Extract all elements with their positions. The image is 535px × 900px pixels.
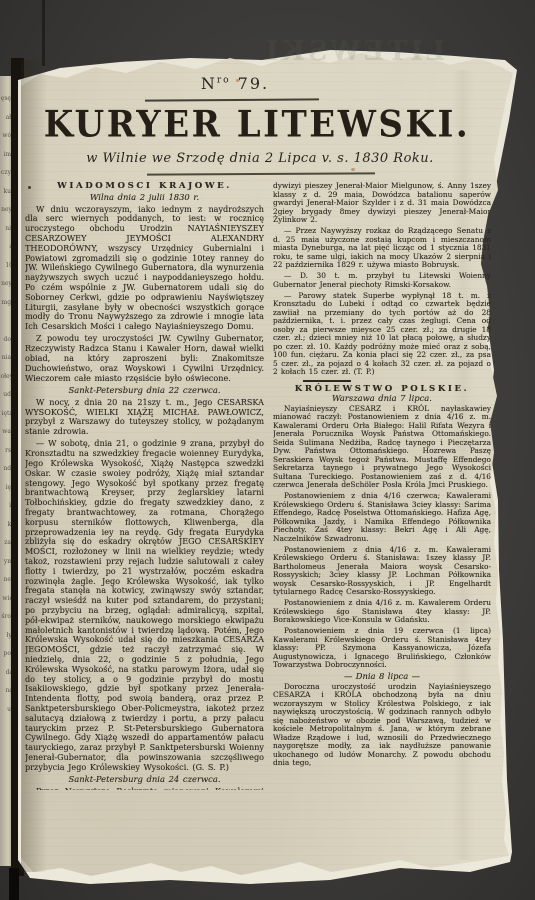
- article-dateline-petersburg-22: Sankt-Petersburg dnia 22 czerwca.: [25, 386, 264, 396]
- foxing-speck: [351, 168, 355, 171]
- article-paragraph-continuation: dywizyi pieszey Jenerał-Maior Mielgunow,…: [273, 182, 491, 225]
- section-divider-rule: [303, 380, 351, 382]
- left-column: WIADOMOŚCI KRAJOWE. Wilna dnia 2 julii 1…: [25, 182, 264, 790]
- masthead-title: KURYER LITEWSKI.: [28, 104, 486, 146]
- scanned-newspaper-view: { "page": { "issue_label_prefix": "N", "…: [0, 0, 535, 900]
- article-paragraph: Doroczna uroczystość urodzin Nayiaśnieys…: [273, 683, 491, 768]
- article-subhead-dnia-8-lipca: — Dnia 8 lipca —: [273, 672, 491, 681]
- foxing-speck: [236, 79, 239, 82]
- article-paragraph: — Parowy statek Superbe wypłynął 18 t. m…: [273, 292, 491, 377]
- masthead-dateline: w Wilnie we Srzodę dnia 2 Lipca v. s. 18…: [70, 151, 450, 166]
- issue-prefix: N: [201, 74, 217, 93]
- article-paragraph: Przez Naywyższe Reskrypta mianowani Kawa…: [25, 787, 264, 790]
- article-paragraph: — D. 30 t. m. przybył tu Litewski Woienn…: [273, 272, 491, 289]
- issue-number: Nro 79.: [150, 74, 320, 93]
- article-paragraph: W dniu wczorayszym, iako iednym z naydro…: [25, 205, 264, 332]
- article-paragraph: Postanowieniem z dnia 19 czerwca (1 lipc…: [273, 627, 491, 670]
- article-paragraph: Nayiaśnieyszy CESARZ i KRÓL nayłaskawiey…: [273, 405, 491, 490]
- article-paragraph: Z powodu tey uroczystości JW. Cywilny Gu…: [25, 334, 264, 383]
- bleedthrough-masthead: LITEWSKI: [232, 36, 476, 74]
- article-paragraph: — Przez Naywyższy rozkaz do Rządzącego S…: [273, 227, 491, 270]
- section-heading-wiadomosci-krajowe: WIADOMOŚCI KRAJOWE.: [25, 182, 264, 192]
- issue-superscript: ro: [217, 76, 231, 86]
- right-column: dywizyi pieszey Jenerał-Maior Mielgunow,…: [273, 182, 491, 783]
- binding-bottom-fragment: [9, 868, 19, 900]
- article-paragraph: Postanowieniem z dnia 4/16 z. m. Kawaler…: [273, 599, 491, 625]
- article-dateline-warszawa: Warszawa dnia 7 lipca.: [273, 394, 491, 403]
- article-paragraph: Postanowieniem z dnia 4/16 z. m. Kawaler…: [273, 546, 491, 597]
- article-paragraph: Postanowieniem z dnia 4/16 czerwca; Kawa…: [273, 492, 491, 543]
- article-dateline-wilna: Wilna dnia 2 julii 1830 r.: [25, 193, 264, 203]
- section-heading-krolewstwo-polskie: KRÓLEWSTWO POLSKIE.: [273, 385, 491, 394]
- issue-value: 79.: [231, 74, 270, 93]
- spine-edge-line: [42, 0, 45, 66]
- article-dateline-petersburg-24: Sankt-Petersburg dnia 24 czerwca.: [25, 775, 264, 785]
- article-paragraph: — W sobotę, dnia 21, o godzinie 9 zrana,…: [25, 439, 264, 772]
- article-paragraph: W nocy, z dnia 20 na 21szy t. m., Jego C…: [25, 398, 264, 437]
